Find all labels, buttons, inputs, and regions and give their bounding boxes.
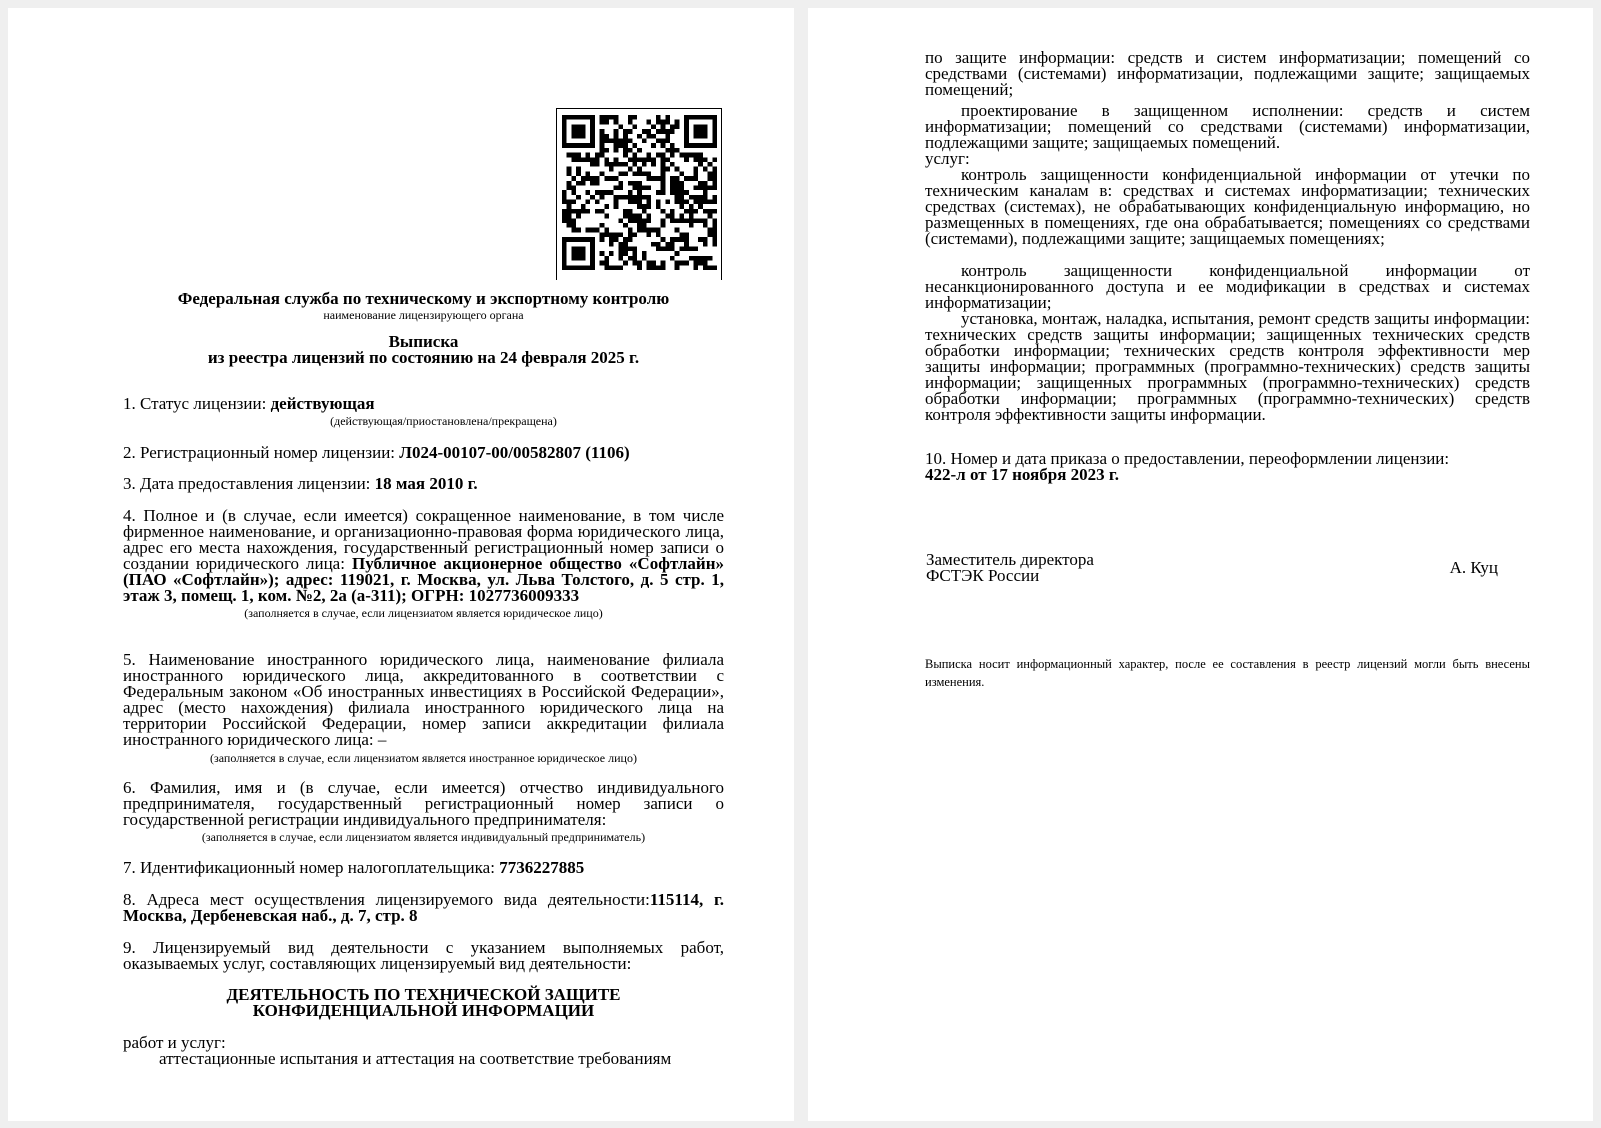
order-value: 422-л от 17 ноября 2023 г. — [925, 465, 1119, 484]
qr-code-icon — [556, 108, 722, 280]
document-title: Выписка из реестра лицензий по состоянию… — [123, 334, 724, 366]
works-item-1-start: аттестационные испытания и аттестация на… — [123, 1051, 724, 1067]
services-item-3: установка, монтаж, наладка, испытания, р… — [925, 311, 1530, 423]
item-status: 1. Статус лицензии: действующая (действу… — [123, 396, 724, 428]
item-licensed-activity: 9. Лицензируемый вид деятельности с указ… — [123, 940, 724, 972]
item-legal-entity: 4. Полное и (в случае, если имеется) сок… — [123, 508, 724, 620]
document-page-2: по защите информации: средств и систем и… — [808, 8, 1593, 1121]
issuing-authority: Федеральная служба по техническому и экс… — [123, 289, 724, 309]
item-issue-date: 3. Дата предоставления лицензии: 18 мая … — [123, 476, 724, 492]
item-activity-address: 8. Адреса мест осуществления лицензируем… — [123, 892, 724, 924]
item-inn: 7. Идентификационный номер налогоплатель… — [123, 860, 724, 876]
authority-note: наименование лицензирующего органа — [123, 308, 724, 323]
status-value: действующая — [271, 394, 375, 413]
issue-date: 18 мая 2010 г. — [375, 474, 478, 493]
inn-value: 7736227885 — [499, 858, 584, 877]
signatory-position: Заместитель директора ФСТЭК России — [926, 552, 1094, 584]
item-foreign-entity: 5. Наименование иностранного юридическог… — [123, 652, 724, 765]
disclaimer: Выписка носит информационный характер, п… — [925, 655, 1530, 691]
title-line-2: из реестра лицензий по состоянию на 24 ф… — [123, 350, 724, 366]
document-page-1: Федеральная служба по техническому и экс… — [8, 8, 794, 1121]
item-order: 10. Номер и дата приказа о предоставлени… — [925, 451, 1530, 483]
item-registration-number: 2. Регистрационный номер лицензии: Л024-… — [123, 445, 724, 461]
registration-number: Л024-00107-00/00582807 (1106) — [399, 443, 629, 462]
licensed-activity-title: ДЕЯТЕЛЬНОСТЬ ПО ТЕХНИЧЕСКОЙ ЗАЩИТЕ КОНФИ… — [123, 987, 724, 1019]
signatory-name: А. Куц — [1450, 558, 1498, 578]
item-individual-entrepreneur: 6. Фамилия, имя и (в случае, если имеетс… — [123, 780, 724, 844]
services-item-1: контроль защищенности конфиденциальной и… — [925, 167, 1530, 247]
works-item-1-continued: по защите информации: средств и систем и… — [925, 50, 1530, 98]
services-item-2: контроль защищенности конфиденциальной и… — [925, 263, 1530, 311]
works-item-2: проектирование в защищенном исполнении: … — [925, 103, 1530, 151]
